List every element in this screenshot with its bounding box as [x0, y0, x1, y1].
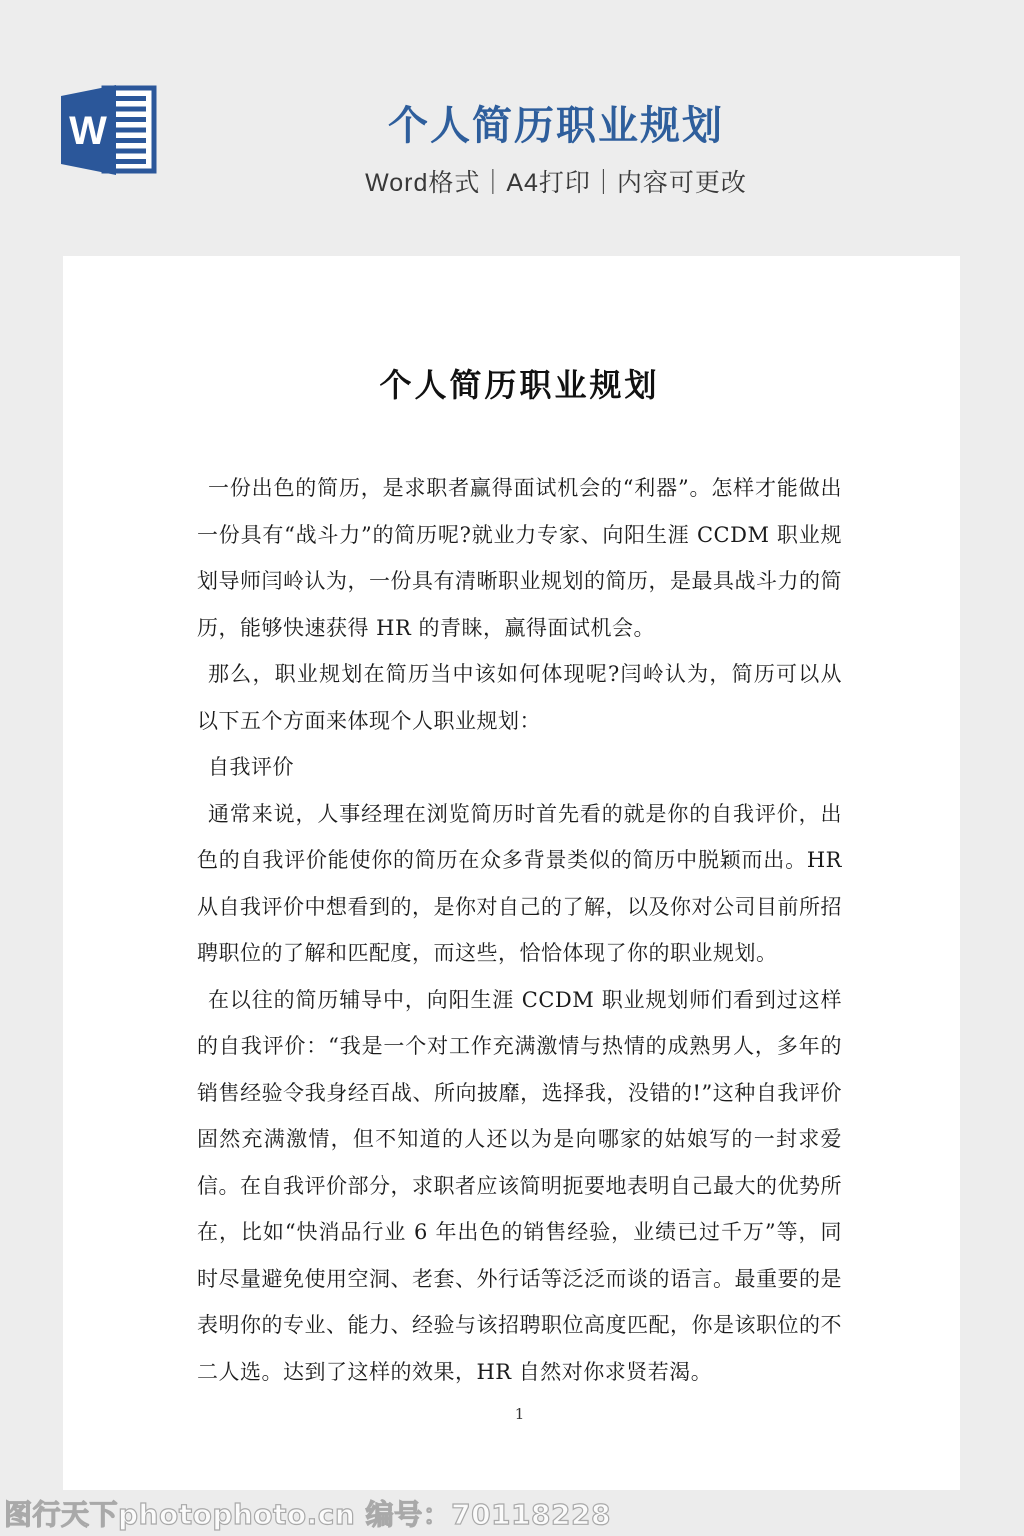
document-paragraph: 那么，职业规划在简历当中该如何体现呢?闫岭认为，简历可以从以下五个方面来体现个人…: [197, 651, 842, 744]
watermark-text: 图行天下photophoto.cn 编号：70118228: [4, 1493, 611, 1533]
document-title: 个人简历职业规划: [197, 360, 842, 410]
watermark-bar: 图行天下photophoto.cn 编号：70118228: [0, 1490, 1024, 1536]
document-paragraph: 一份出色的简历，是求职者赢得面试机会的“利器”。怎样才能做出一份具有“战斗力”的…: [197, 465, 842, 651]
template-title: 个人简历职业规划: [365, 94, 747, 151]
page-number: 1: [197, 1405, 842, 1423]
document-page: 个人简历职业规划 一份出色的简历，是求职者赢得面试机会的“利器”。怎样才能做出一…: [63, 256, 960, 1490]
document-paragraph: 在以往的简历辅导中，向阳生涯 CCDM 职业规划师们看到过这样的自我评价：“我是…: [197, 977, 842, 1396]
template-format-info: Word格式｜A4打印｜内容可更改: [365, 163, 747, 199]
word-icon-letter: W: [69, 109, 107, 153]
document-section-heading: 自我评价: [197, 744, 842, 791]
header-text-block: 个人简历职业规划 Word格式｜A4打印｜内容可更改: [365, 94, 747, 199]
word-document-icon: W: [58, 82, 162, 178]
document-content: 个人简历职业规划 一份出色的简历，是求职者赢得面试机会的“利器”。怎样才能做出一…: [63, 360, 960, 1423]
site-header: W 个人简历职业规划 Word格式｜A4打印｜内容可更改: [0, 0, 1024, 256]
document-paragraph: 通常来说，人事经理在浏览简历时首先看的就是你的自我评价，出色的自我评价能使你的简…: [197, 791, 842, 977]
